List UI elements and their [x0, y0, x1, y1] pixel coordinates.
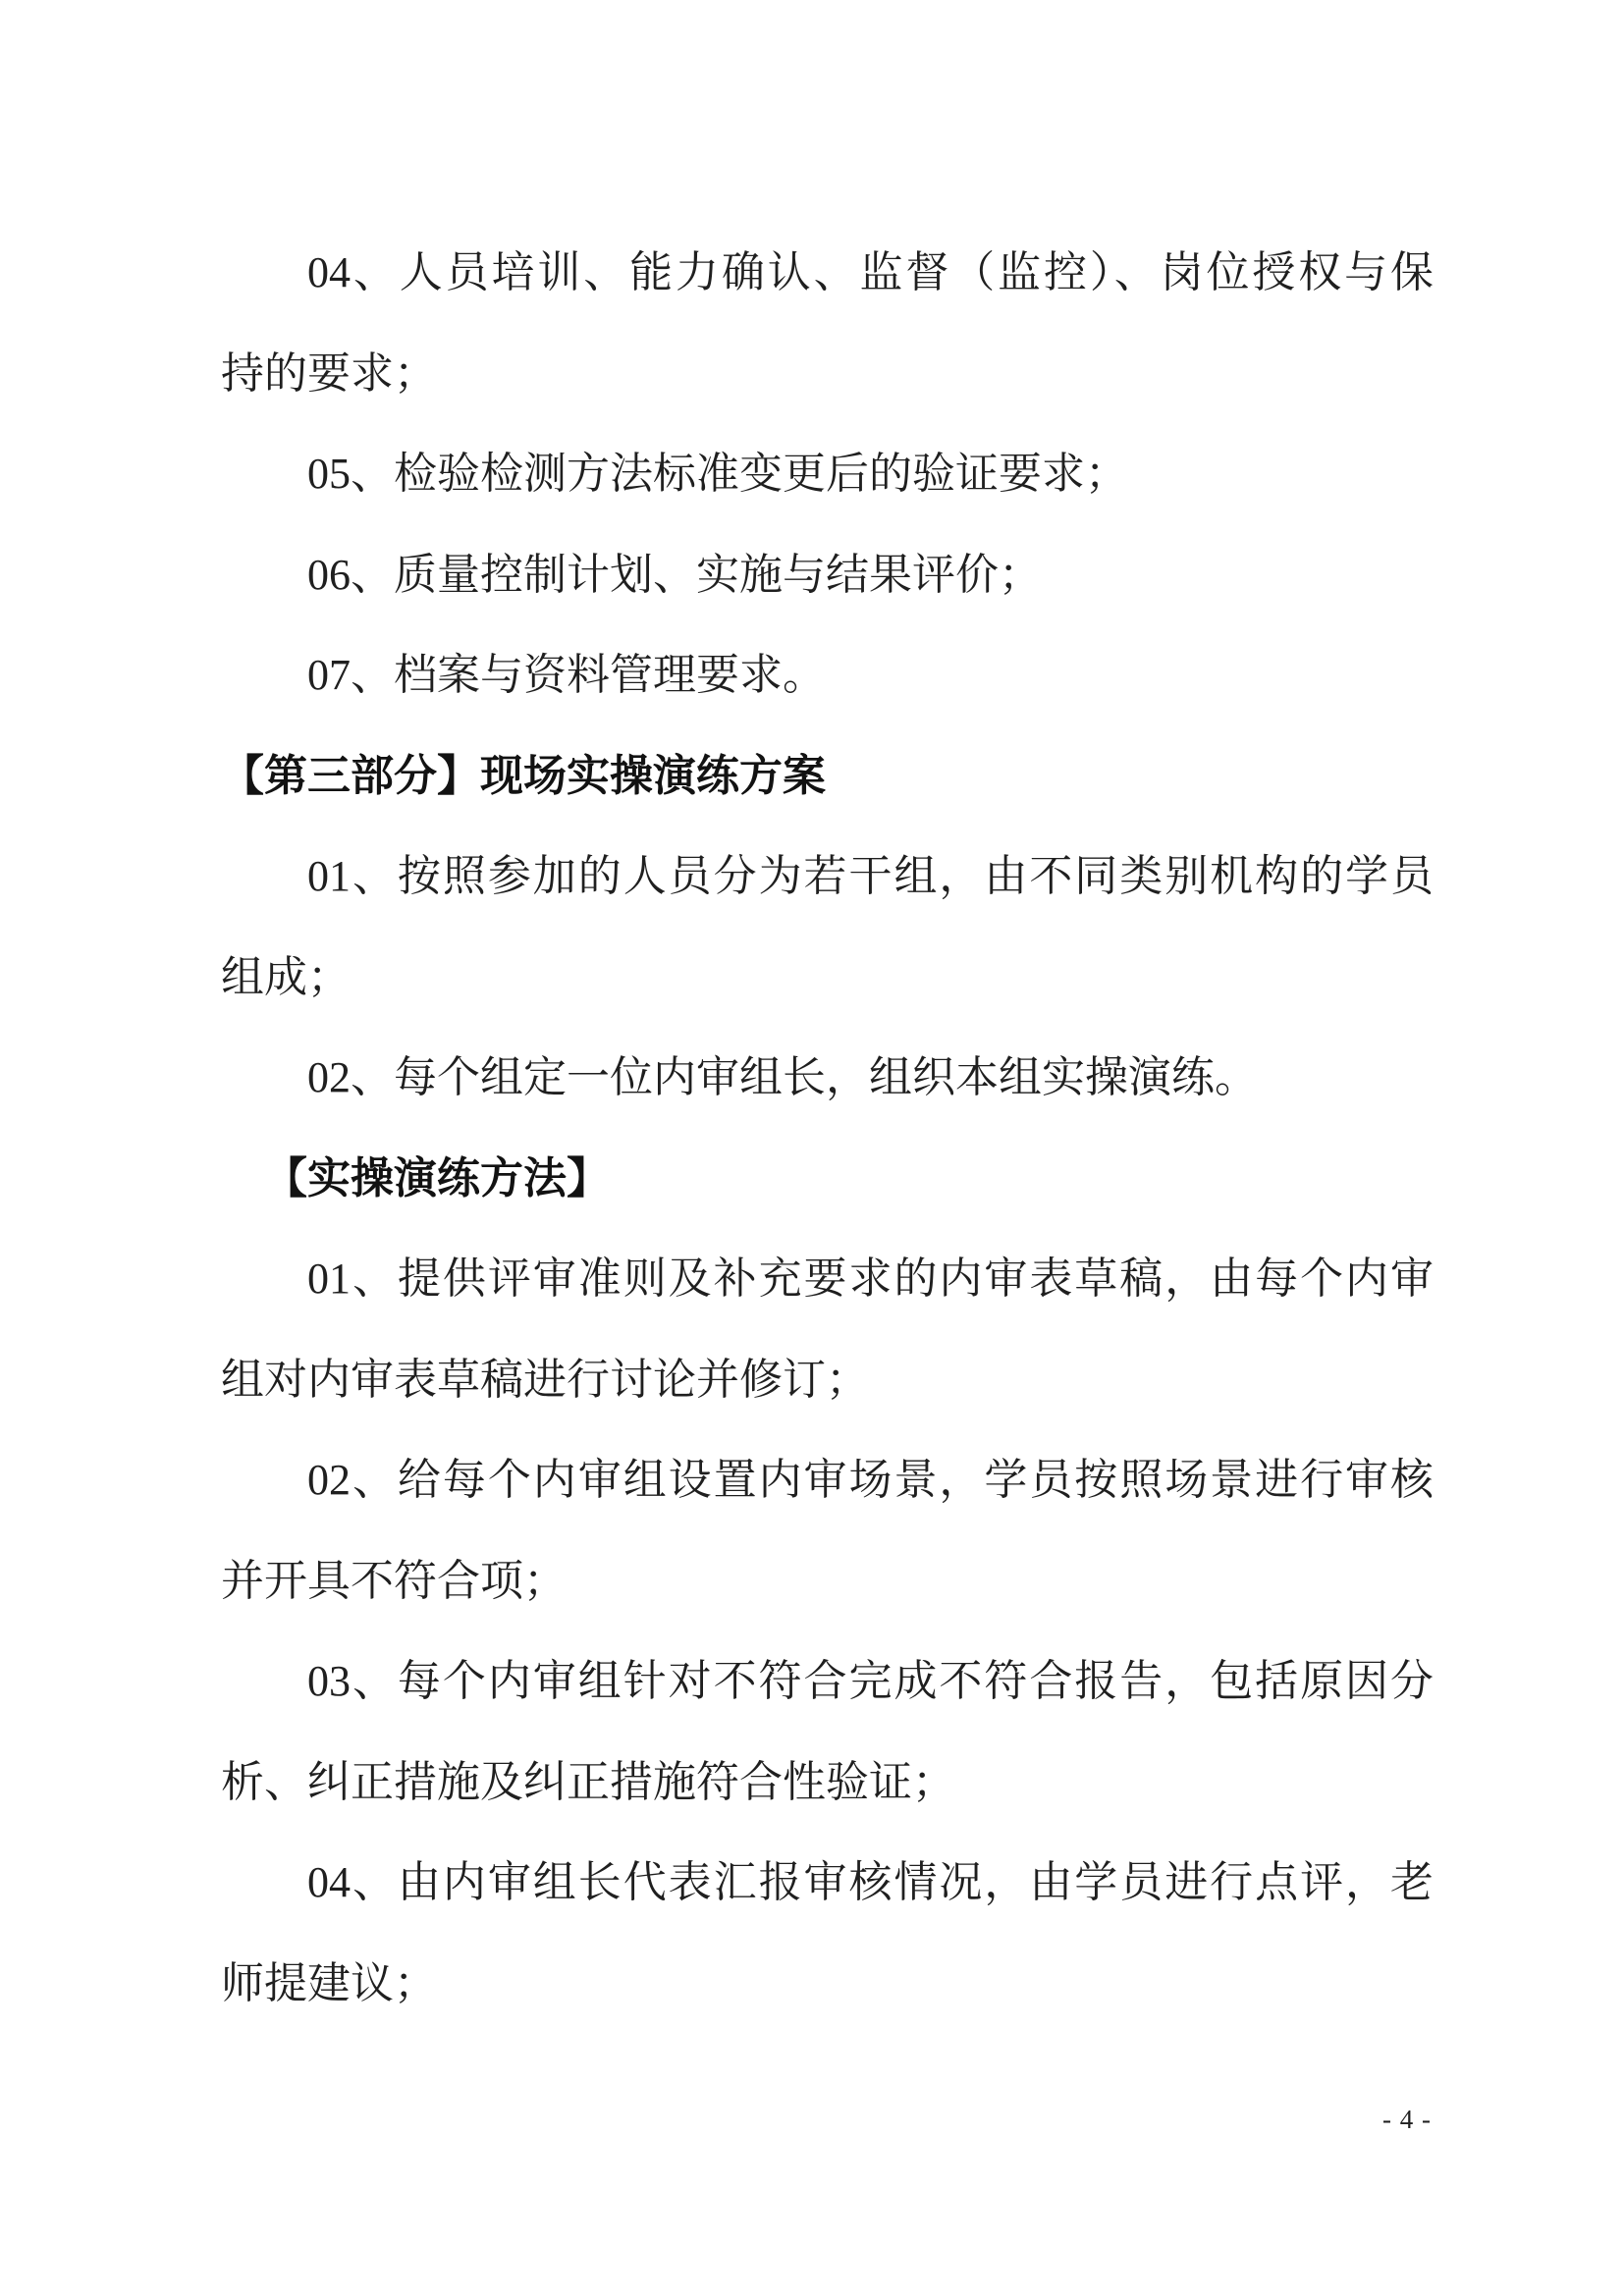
text-line: 04、人员培训、能力确认、监督（监控）、岗位授权与保 — [221, 223, 1434, 324]
text-line: 04、由内审组长代表汇报审核情况，由学员进行点评，老 — [221, 1833, 1434, 1934]
section-heading: 【第三部分】现场实操演练方案 — [221, 726, 1434, 828]
text-line: 持的要求； — [221, 324, 1434, 425]
text-line: 02、给每个内审组设置内审场景，学员按照场景进行审核 — [221, 1430, 1434, 1531]
page-number: - 4 - — [1382, 2105, 1432, 2134]
text-line: 06、质量控制计划、实施与结果评价； — [221, 525, 1434, 626]
text-line: 05、检验检测方法标准变更后的验证要求； — [221, 424, 1434, 525]
section-heading: 【实操演练方法】 — [221, 1129, 1434, 1230]
text-line: 组对内审表草稿进行讨论并修订； — [221, 1330, 1434, 1431]
text-line: 师提建议； — [221, 1934, 1434, 2035]
text-line: 07、档案与资料管理要求。 — [221, 625, 1434, 726]
text-line: 01、提供评审准则及补充要求的内审表草稿，由每个内审 — [221, 1229, 1434, 1330]
document-body: 04、人员培训、能力确认、监督（监控）、岗位授权与保持的要求；05、检验检测方法… — [221, 223, 1434, 2034]
text-line: 组成； — [221, 928, 1434, 1029]
text-line: 01、按照参加的人员分为若干组，由不同类别机构的学员 — [221, 827, 1434, 928]
document-page: 04、人员培训、能力确认、监督（监控）、岗位授权与保持的要求；05、检验检测方法… — [0, 0, 1624, 2296]
text-line: 并开具不符合项； — [221, 1531, 1434, 1632]
text-line: 02、每个组定一位内审组长，组织本组实操演练。 — [221, 1028, 1434, 1129]
text-line: 03、每个内审组针对不符合完成不符合报告，包括原因分 — [221, 1631, 1434, 1733]
text-line: 析、纠正措施及纠正措施符合性验证； — [221, 1733, 1434, 1834]
